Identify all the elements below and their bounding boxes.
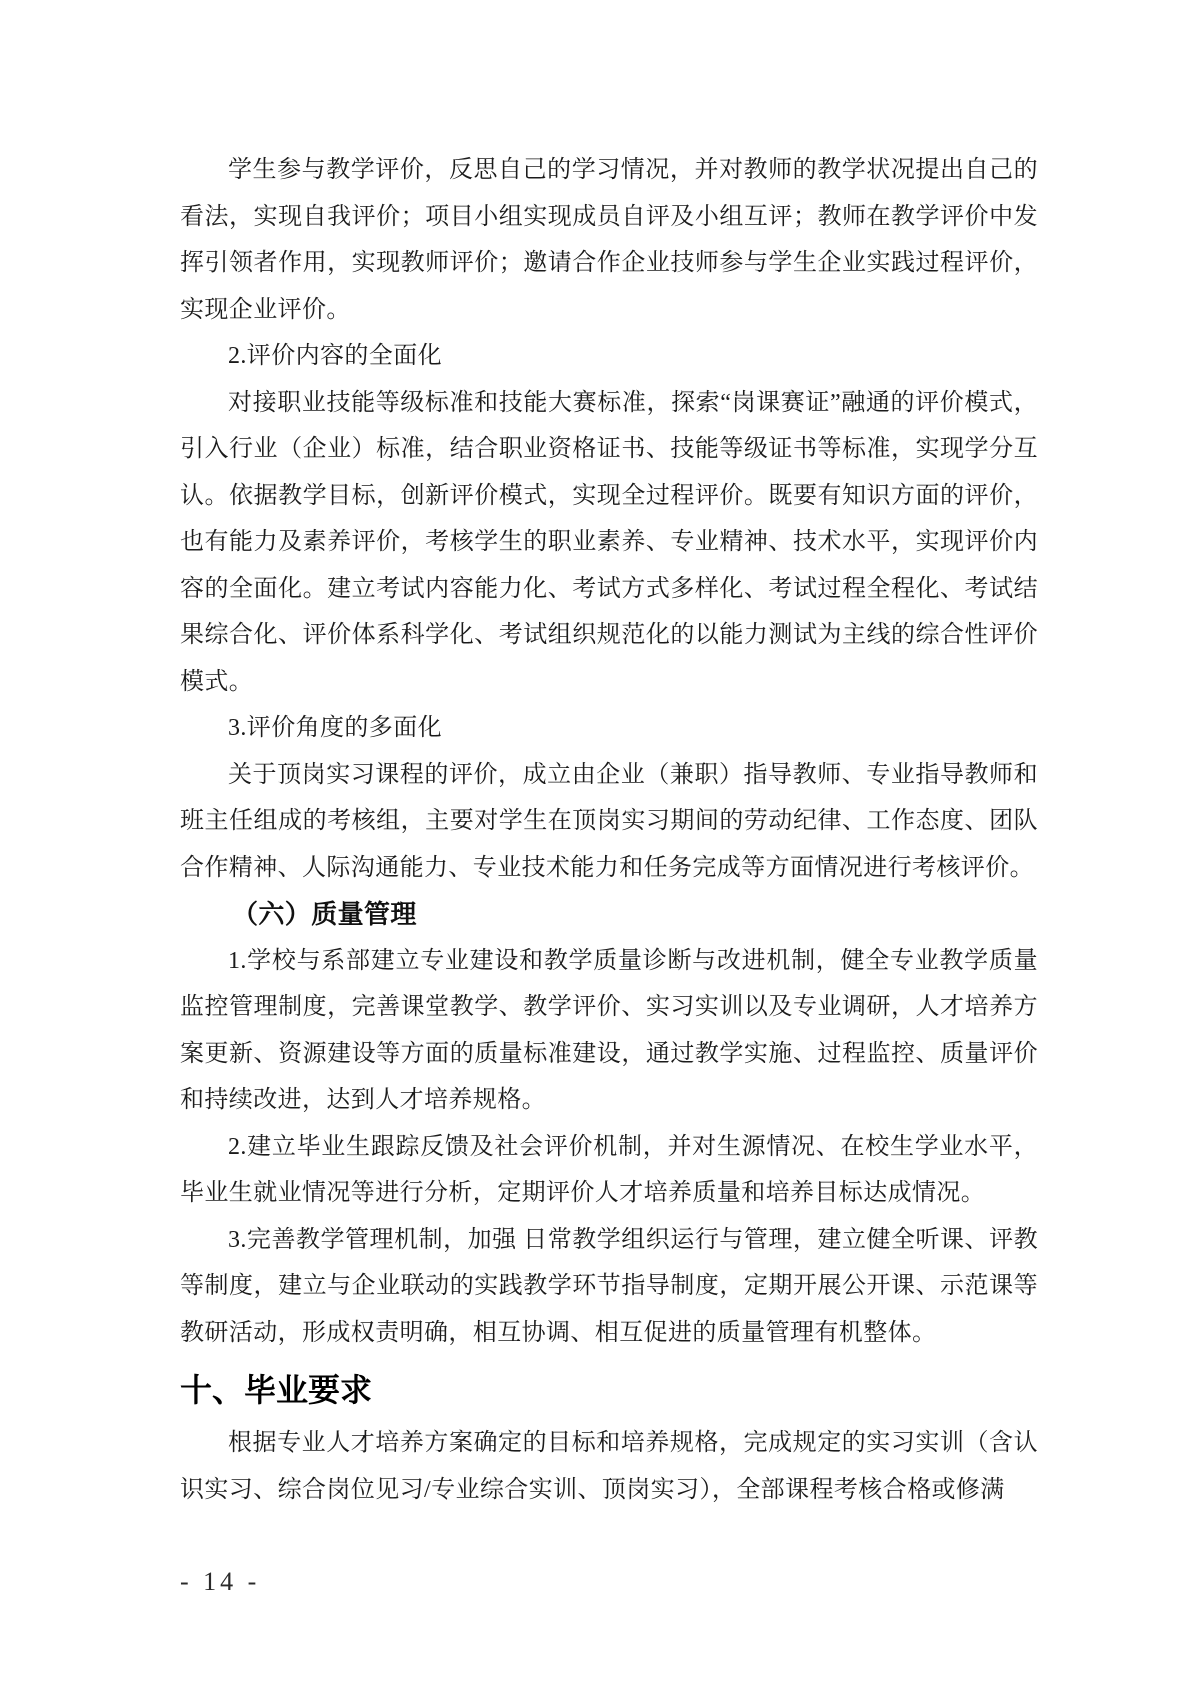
body-paragraph: 关于顶岗实习课程的评价，成立由企业（兼职）指导教师、专业指导教师和班主任组成的考… <box>180 752 1038 892</box>
document-page: 学生参与教学评价，反思自己的学习情况，并对教师的教学状况提出自己的看法，实现自我… <box>0 0 1191 1684</box>
numbered-subheading: 2.评价内容的全面化 <box>180 333 1038 380</box>
body-paragraph: 根据专业人才培养方案确定的目标和培养规格，完成规定的实习实训（含认识实习、综合岗… <box>180 1420 1038 1513</box>
page-number: - 14 - <box>180 1559 260 1605</box>
chapter-heading-graduation-requirements: 十、毕业要求 <box>180 1364 1038 1416</box>
document-body: 学生参与教学评价，反思自己的学习情况，并对教师的教学状况提出自己的看法，实现自我… <box>180 147 1038 1513</box>
body-paragraph: 3.完善教学管理机制，加强 日常教学组织运行与管理，建立健全听课、评教等制度，建… <box>180 1217 1038 1357</box>
body-paragraph: 学生参与教学评价，反思自己的学习情况，并对教师的教学状况提出自己的看法，实现自我… <box>180 147 1038 333</box>
body-paragraph: 2.建立毕业生跟踪反馈及社会评价机制，并对生源情况、在校生学业水平，毕业生就业情… <box>180 1124 1038 1217</box>
numbered-subheading: 3.评价角度的多面化 <box>180 705 1038 752</box>
body-paragraph: 对接职业技能等级标准和技能大赛标准，探索“岗课赛证”融通的评价模式，引入行业（企… <box>180 380 1038 706</box>
body-paragraph: 1.学校与系部建立专业建设和教学质量诊断与改进机制，健全专业教学质量监控管理制度… <box>180 938 1038 1124</box>
section-heading-quality-management: （六）质量管理 <box>180 891 1038 938</box>
